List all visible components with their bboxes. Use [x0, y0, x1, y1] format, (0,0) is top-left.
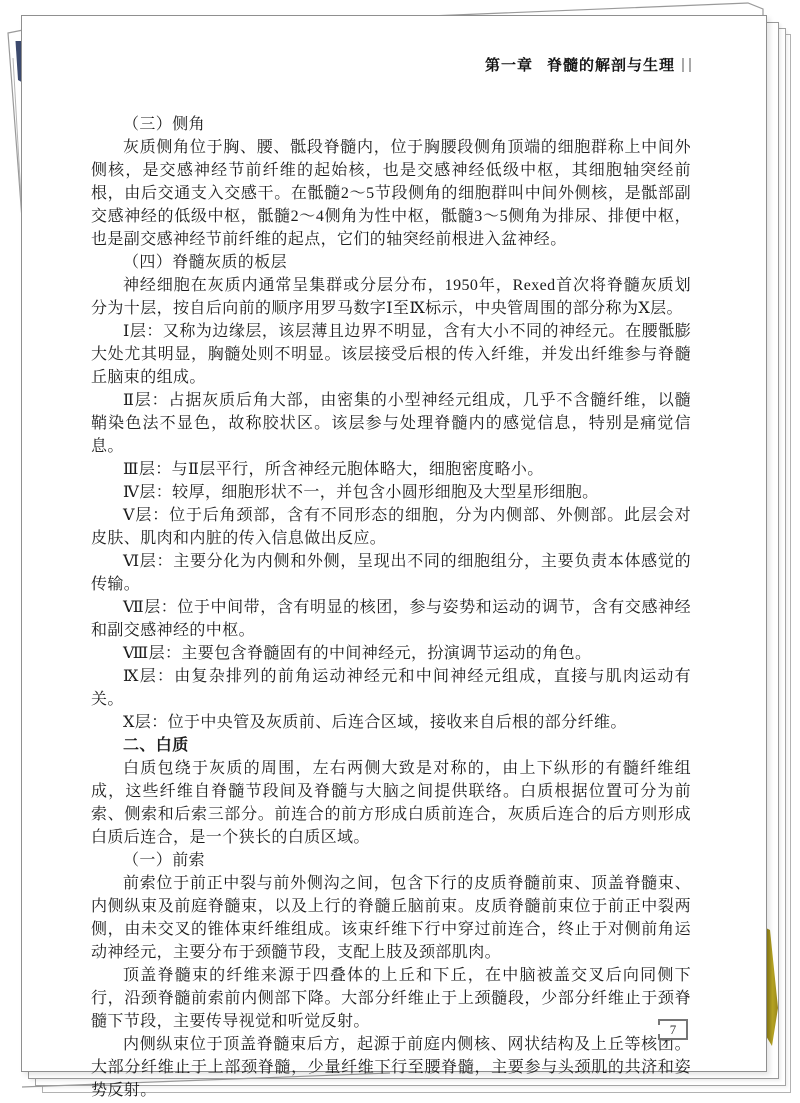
paragraph: Ⅲ层：与Ⅱ层平行，所含神经元胞体略大，细胞密度略小。	[91, 458, 691, 481]
paragraph: Ⅹ层：位于中央管及灰质前、后连合区域，接收来自后根的部分纤维。	[91, 711, 691, 734]
paragraph: 内侧纵束位于顶盖脊髓束后方，起源于前庭内侧核、网状结构及上丘等核团。大部分纤维止…	[91, 1033, 691, 1102]
main-page: 第一章脊髓的解剖与生理 （三）侧角 灰质侧角位于胸、腰、骶段脊髓内，位于胸腰段侧…	[21, 15, 767, 1072]
paragraph: 白质包绕于灰质的周围，左右两侧大致是对称的，由上下纵形的有髓纤维组成，这些纤维自…	[91, 757, 691, 849]
section-heading: （四）脊髓灰质的板层	[91, 251, 691, 274]
bookmark-ribbon	[766, 928, 778, 1046]
paragraph: Ⅷ层：主要包含脊髓固有的中间神经元，扮演调节运动的角色。	[91, 642, 691, 665]
paragraph: Ⅶ层：位于中间带，含有明显的核团，参与姿势和运动的调节，含有交感神经和副交感神经…	[91, 596, 691, 642]
chapter-label: 第一章	[485, 57, 533, 74]
paragraph: 前索位于前正中裂与前外侧沟之间，包含下行的皮质脊髓前束、顶盖脊髓束、内侧纵束及前…	[91, 872, 691, 964]
paragraph: Ⅴ层：位于后角颈部，含有不同形态的细胞，分为内侧部、外侧部。此层会对皮肤、肌肉和…	[91, 504, 691, 550]
paragraph: 神经细胞在灰质内通常呈集群或分层分布，1950年，Rexed首次将脊髓灰质划分为…	[91, 274, 691, 320]
section-heading-whitematter: 二、白质	[91, 734, 691, 757]
header-divider-icon	[682, 58, 691, 72]
paragraph: 顶盖脊髓束的纤维来源于四叠体的上丘和下丘，在中脑被盖交叉后向同侧下行，沿颈脊髓前…	[91, 964, 691, 1033]
page-number: 7	[670, 1022, 677, 1037]
page-header: 第一章脊髓的解剖与生理	[91, 54, 691, 76]
section-heading: （一）前索	[91, 849, 691, 872]
paragraph: Ⅱ层：占据灰质后角大部，由密集的小型神经元组成，几乎不含髓纤维，以髓鞘染色法不显…	[91, 389, 691, 458]
paragraph: Ⅵ层：主要分化为内侧和外侧，呈现出不同的细胞组分，主要负责本体感觉的传输。	[91, 550, 691, 596]
paragraph: Ⅳ层：较厚，细胞形状不一，并包含小圆形细胞及大型星形细胞。	[91, 481, 691, 504]
page-number-box-notch	[657, 1025, 661, 1034]
paragraph: Ⅸ层：由复杂排列的前角运动神经元和中间神经元组成，直接与肌肉运动有关。	[91, 665, 691, 711]
content-area: （三）侧角 灰质侧角位于胸、腰、骶段脊髓内，位于胸腰段侧角顶端的细胞群称上中间外…	[91, 113, 691, 1102]
paragraph: 灰质侧角位于胸、腰、骶段脊髓内，位于胸腰段侧角顶端的细胞群称上中间外侧核，是交感…	[91, 136, 691, 251]
paragraph: Ⅰ层：又称为边缘层，该层薄且边界不明显，含有大小不同的神经元。在腰骶膨大处尤其明…	[91, 320, 691, 389]
section-heading: （三）侧角	[91, 113, 691, 136]
chapter-title: 脊髓的解剖与生理	[547, 57, 675, 74]
page-number-box: 7	[658, 1019, 688, 1040]
